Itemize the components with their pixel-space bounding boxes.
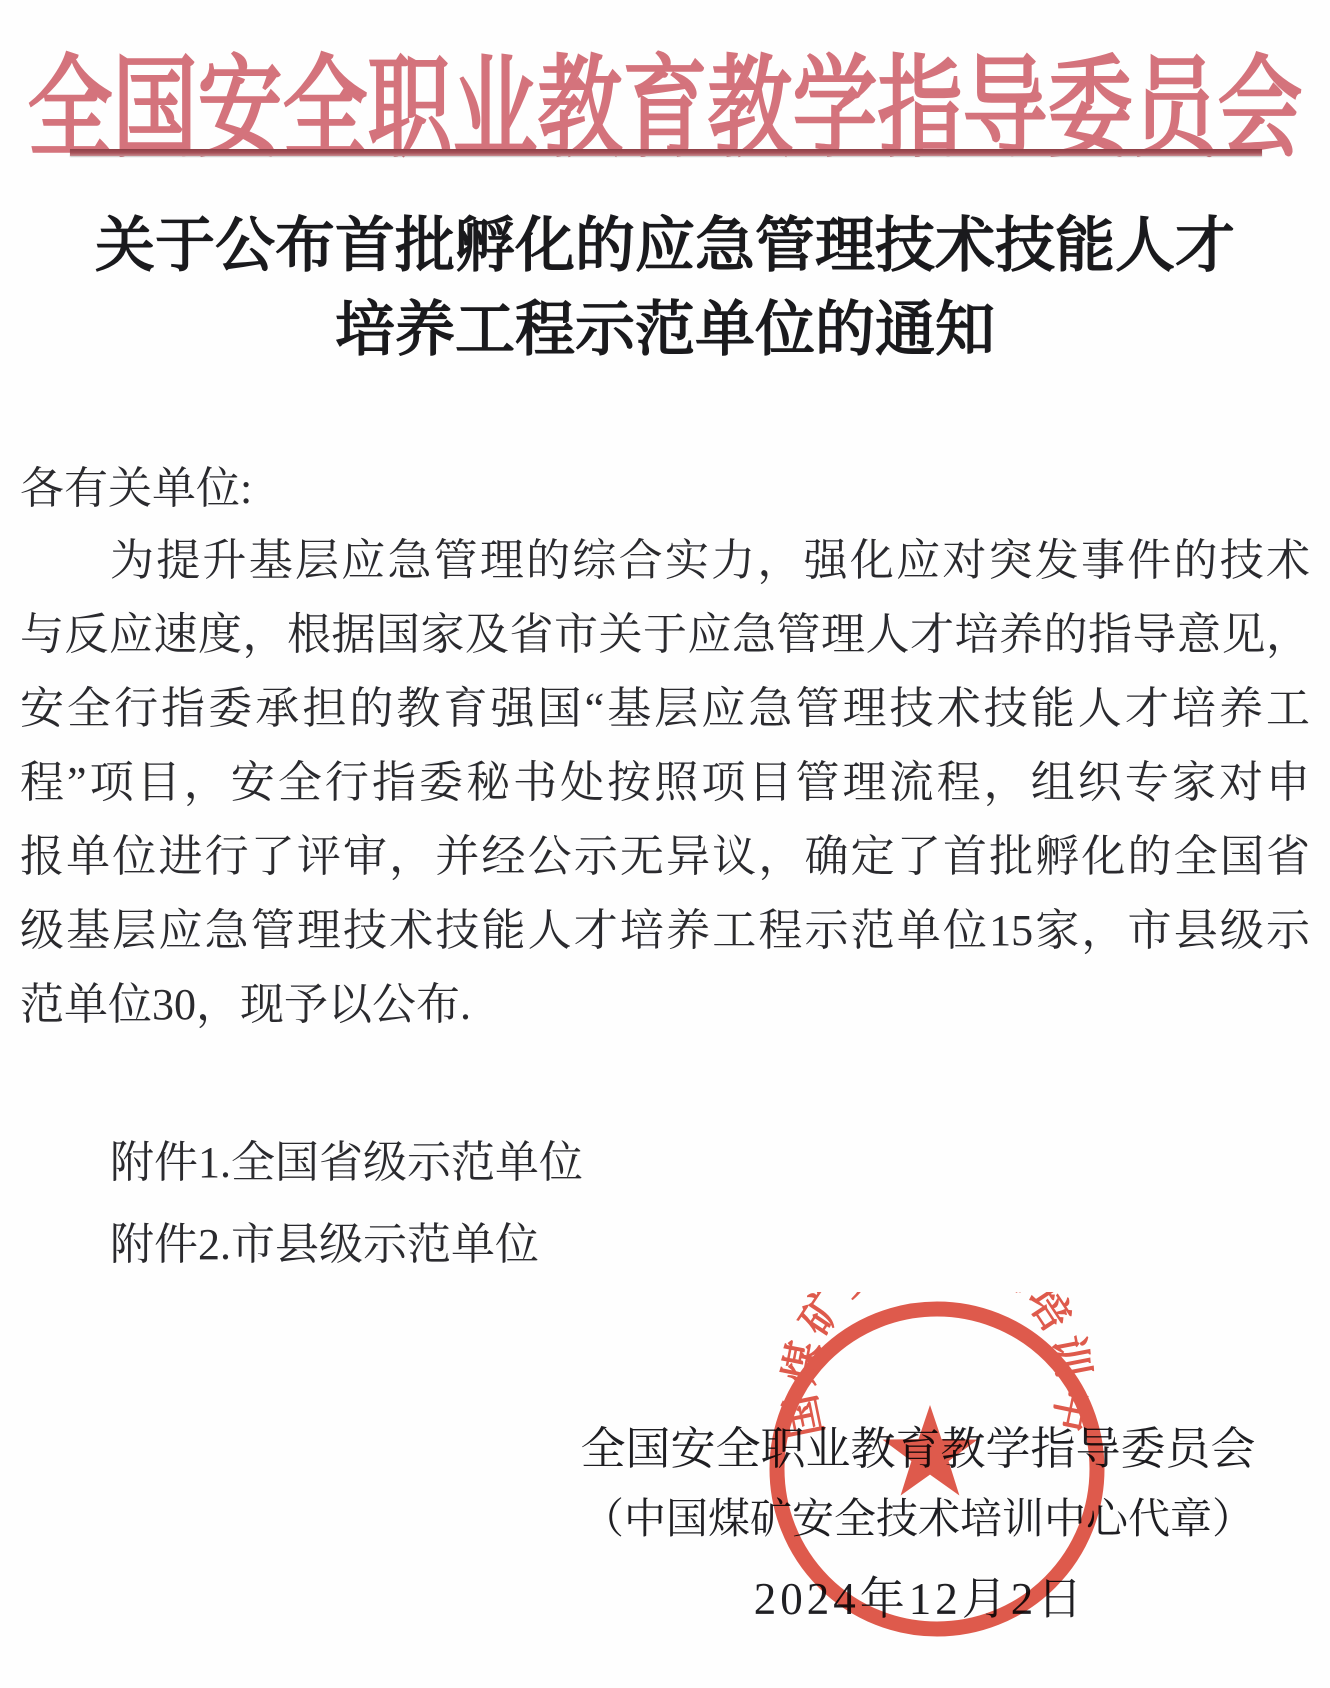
document-title: 关于公布首批孵化的应急管理技术技能人才 培养工程示范单位的通知 [0,204,1330,372]
body-line: 与反应速度，根据国家及省市关于应急管理人才培养的指导意见， [20,598,1310,672]
body-line: 范单位30，现予以公布. [20,968,1310,1042]
body-line: 报单位进行了评审，并经公示无异议，确定了首批孵化的全国省 [20,820,1310,894]
official-seal: 中国煤矿安全技术培训中心 [763,1292,1111,1646]
body-paragraph: 为提升基层应急管理的综合实力，强化应对突发事件的技术 与反应速度，根据国家及省市… [20,524,1310,1042]
attachment-line-1: 附件1.全国省级示范单位 [110,1122,583,1204]
body-line: 级基层应急管理技术技能人才培养工程示范单位15家，市县级示 [20,894,1310,968]
masthead-rule [70,149,1262,156]
body-line: 安全行指委承担的教育强国“基层应急管理技术技能人才培养工 [20,672,1310,746]
document-title-line-2: 培养工程示范单位的通知 [0,288,1330,372]
document-title-line-1: 关于公布首批孵化的应急管理技术技能人才 [0,204,1330,288]
attachments-list: 附件1.全国省级示范单位 附件2.市县级示范单位 [110,1122,583,1286]
body-line: 为提升基层应急管理的综合实力，强化应对突发事件的技术 [20,524,1310,598]
salutation: 各有关单位: [20,452,252,516]
attachment-line-2: 附件2.市县级示范单位 [110,1204,583,1286]
seal-star-icon [882,1405,977,1496]
body-line: 程”项目，安全行指委秘书处按照项目管理流程，组织专家对申 [20,746,1310,820]
notice-document-page: 全国安全职业教育教学指导委员会 关于公布首批孵化的应急管理技术技能人才 培养工程… [0,0,1330,1688]
